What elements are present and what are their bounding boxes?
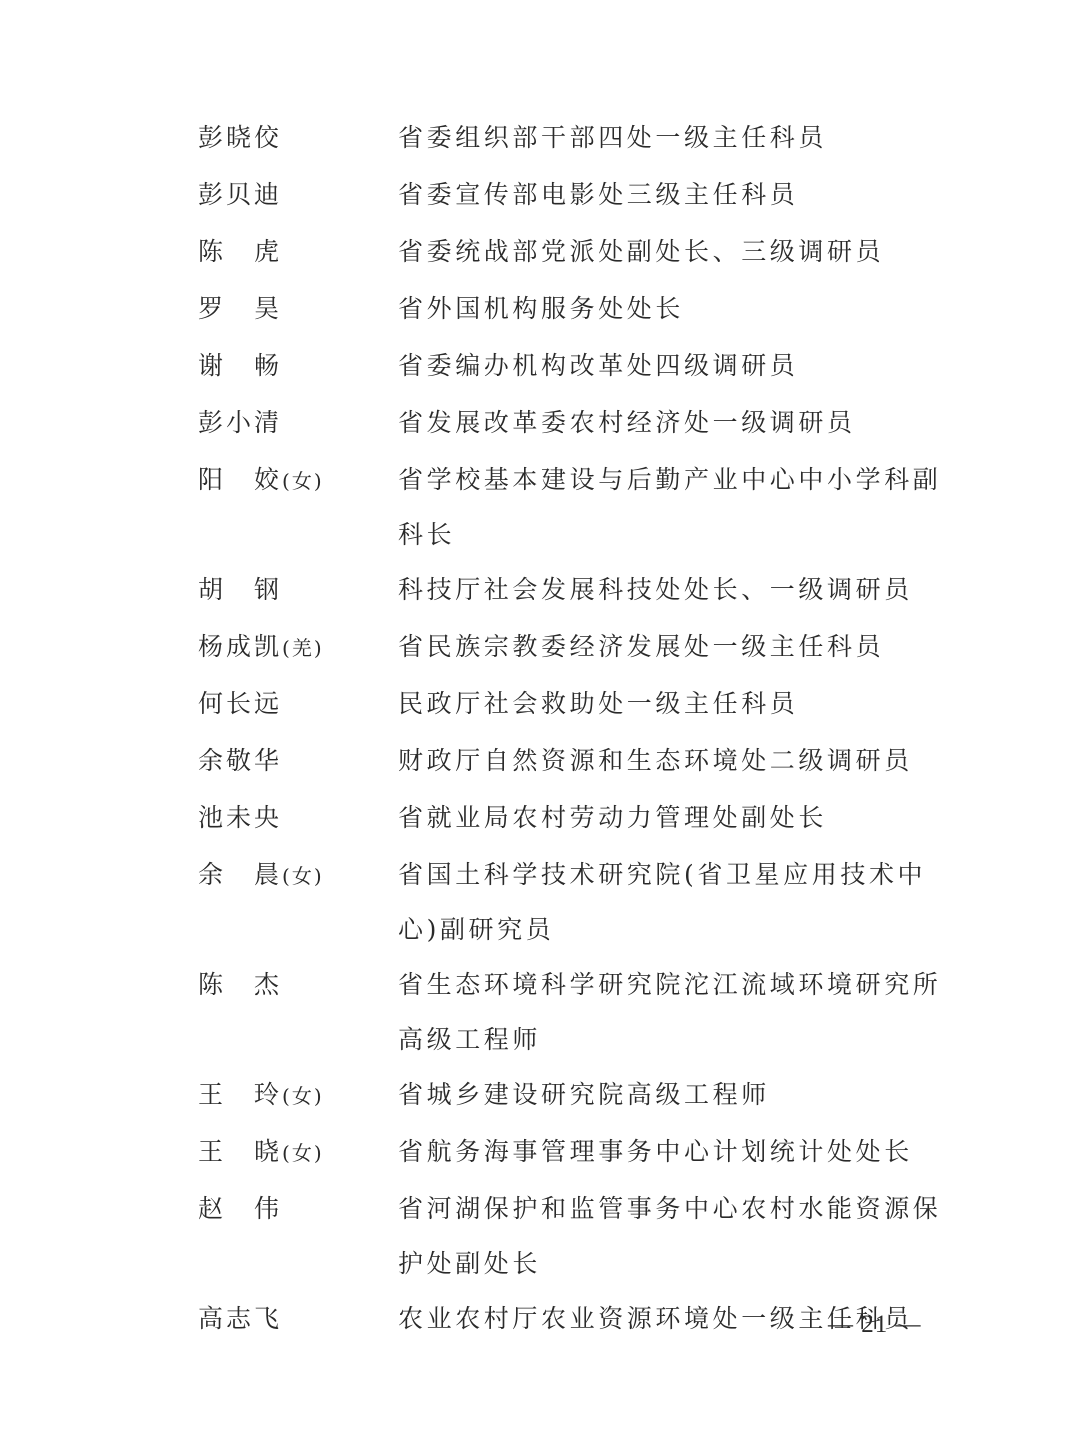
person-title: 财政厅自然资源和生态环境处二级调研员 — [398, 733, 943, 788]
person-title: 省委编办机构改革处四级调研员 — [398, 338, 943, 393]
person-name-cell: 罗 昊 — [198, 281, 398, 338]
person-name: 高志飞 — [198, 1304, 282, 1333]
person-title: 省国土科学技术研究院(省卫星应用技术中心)副研究员 — [398, 847, 943, 957]
person-title: 省外国机构服务处处长 — [398, 281, 943, 336]
list-item: 彭贝迪 省委宣传部电影处三级主任科员 — [198, 167, 948, 224]
person-title: 省委宣传部电影处三级主任科员 — [398, 167, 943, 222]
list-item: 胡 钢 科技厅社会发展科技处处长、一级调研员 — [198, 562, 948, 619]
person-title: 省民族宗教委经济发展处一级主任科员 — [398, 619, 943, 674]
person-title: 省委组织部干部四处一级主任科员 — [398, 110, 943, 165]
list-item: 王 晓(女) 省航务海事管理事务中心计划统计处处长 — [198, 1124, 948, 1181]
person-name-cell: 何长远 — [198, 676, 398, 733]
person-name: 彭小清 — [198, 408, 282, 437]
list-item: 罗 昊 省外国机构服务处处长 — [198, 281, 948, 338]
person-title: 省委统战部党派处副处长、三级调研员 — [398, 224, 943, 279]
person-title: 省就业局农村劳动力管理处副处长 — [398, 790, 943, 845]
person-name-cell: 余 晨(女) — [198, 847, 398, 904]
person-name-cell: 余敬华 — [198, 733, 398, 790]
person-name: 陈 虎 — [198, 237, 282, 266]
person-title: 民政厅社会救助处一级主任科员 — [398, 676, 943, 731]
person-name-cell: 胡 钢 — [198, 562, 398, 619]
person-name-cell: 彭晓佼 — [198, 110, 398, 167]
person-name: 赵 伟 — [198, 1194, 282, 1223]
person-title: 省学校基本建设与后勤产业中心中小学科副科长 — [398, 452, 943, 562]
person-note: (女) — [282, 864, 324, 888]
list-item: 彭晓佼 省委组织部干部四处一级主任科员 — [198, 110, 948, 167]
list-item: 阳 姣(女) 省学校基本建设与后勤产业中心中小学科副科长 — [198, 452, 948, 562]
person-title: 省航务海事管理事务中心计划统计处处长 — [398, 1124, 943, 1179]
person-name: 何长远 — [198, 689, 282, 718]
person-title: 省河湖保护和监管事务中心农村水能资源保护处副处长 — [398, 1181, 943, 1291]
list-item: 赵 伟 省河湖保护和监管事务中心农村水能资源保护处副处长 — [198, 1181, 948, 1291]
person-name-cell: 高志飞 — [198, 1291, 398, 1348]
person-name-cell: 彭小清 — [198, 395, 398, 452]
person-name: 彭贝迪 — [198, 180, 282, 209]
person-name: 王 玲 — [198, 1080, 282, 1109]
list-item: 何长远 民政厅社会救助处一级主任科员 — [198, 676, 948, 733]
page-number: — 21 — — [828, 1308, 922, 1342]
list-item: 陈 虎 省委统战部党派处副处长、三级调研员 — [198, 224, 948, 281]
person-name: 陈 杰 — [198, 970, 282, 999]
person-name: 罗 昊 — [198, 294, 282, 323]
person-title: 省发展改革委农村经济处一级调研员 — [398, 395, 943, 450]
person-note: (女) — [282, 469, 324, 493]
list-item: 谢 畅 省委编办机构改革处四级调研员 — [198, 338, 948, 395]
document-page: 彭晓佼 省委组织部干部四处一级主任科员 彭贝迪 省委宣传部电影处三级主任科员 陈… — [0, 0, 1080, 1445]
list-item: 杨成凯(羌) 省民族宗教委经济发展处一级主任科员 — [198, 619, 948, 676]
person-name: 余敬华 — [198, 746, 282, 775]
person-name-cell: 王 玲(女) — [198, 1067, 398, 1124]
person-name: 谢 畅 — [198, 351, 282, 380]
person-name-cell: 谢 畅 — [198, 338, 398, 395]
person-name: 胡 钢 — [198, 575, 282, 604]
person-name: 余 晨 — [198, 860, 282, 889]
person-note: (女) — [282, 1084, 324, 1108]
person-name-cell: 陈 杰 — [198, 957, 398, 1014]
person-name-cell: 杨成凯(羌) — [198, 619, 398, 676]
person-title: 省城乡建设研究院高级工程师 — [398, 1067, 943, 1122]
person-name: 王 晓 — [198, 1137, 282, 1166]
list-item: 陈 杰 省生态环境科学研究院沱江流域环境研究所高级工程师 — [198, 957, 948, 1067]
list-item: 彭小清 省发展改革委农村经济处一级调研员 — [198, 395, 948, 452]
list-item: 余敬华 财政厅自然资源和生态环境处二级调研员 — [198, 733, 948, 790]
person-note: (羌) — [282, 636, 324, 660]
person-name: 池未央 — [198, 803, 282, 832]
person-name: 杨成凯 — [198, 632, 282, 661]
list-item: 余 晨(女) 省国土科学技术研究院(省卫星应用技术中心)副研究员 — [198, 847, 948, 957]
person-name-cell: 王 晓(女) — [198, 1124, 398, 1181]
person-name-cell: 陈 虎 — [198, 224, 398, 281]
person-note: (女) — [282, 1141, 324, 1165]
personnel-list: 彭晓佼 省委组织部干部四处一级主任科员 彭贝迪 省委宣传部电影处三级主任科员 陈… — [198, 110, 948, 1348]
list-item: 王 玲(女) 省城乡建设研究院高级工程师 — [198, 1067, 948, 1124]
person-name-cell: 阳 姣(女) — [198, 452, 398, 509]
person-name: 彭晓佼 — [198, 123, 282, 152]
person-name-cell: 赵 伟 — [198, 1181, 398, 1238]
person-title: 科技厅社会发展科技处处长、一级调研员 — [398, 562, 943, 617]
list-item: 池未央 省就业局农村劳动力管理处副处长 — [198, 790, 948, 847]
person-name: 阳 姣 — [198, 465, 282, 494]
person-name-cell: 池未央 — [198, 790, 398, 847]
person-title: 省生态环境科学研究院沱江流域环境研究所高级工程师 — [398, 957, 943, 1067]
person-name-cell: 彭贝迪 — [198, 167, 398, 224]
